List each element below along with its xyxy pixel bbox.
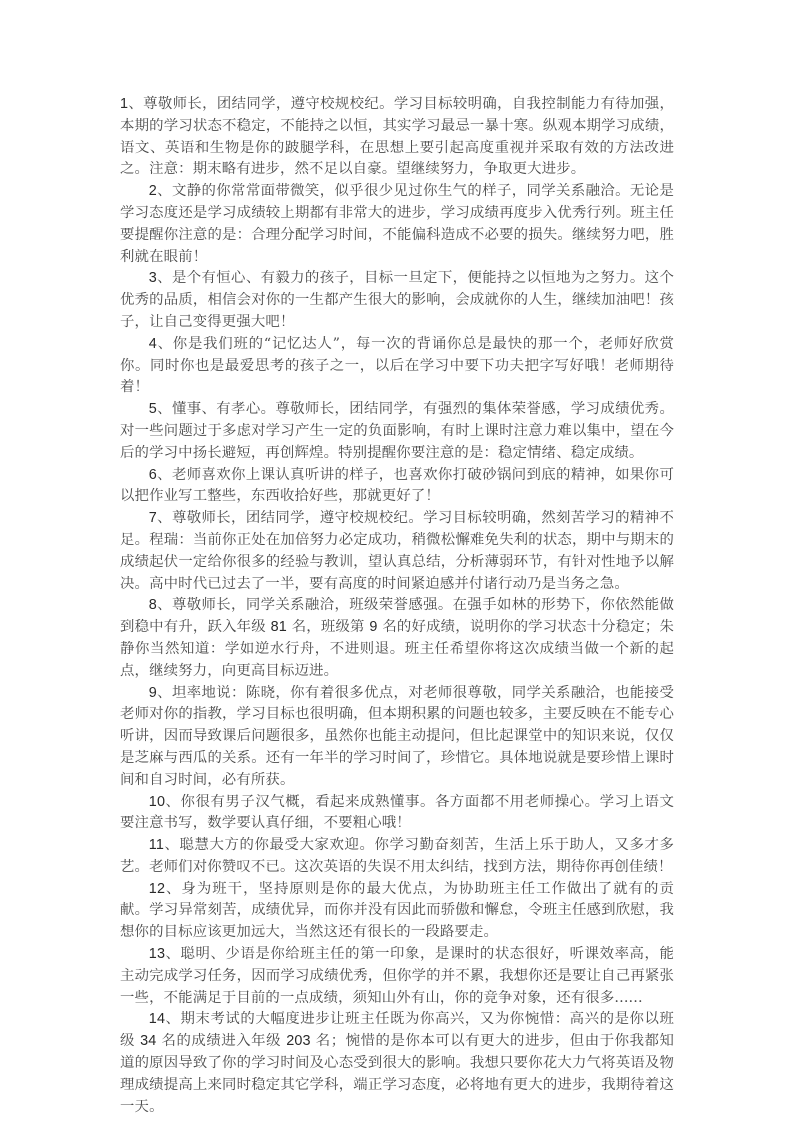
separator: 、: [157, 183, 172, 199]
comment-paragraph-1: 1、尊敬师长，团结同学，遵守校规校纪。学习目标较明确，自我控制能力有待加强，本期…: [120, 94, 674, 181]
comment-text: 懂事、有孝心。尊敬师长，团结同学，有强烈的集体荣誉感，学习成绩优秀。对一些问题过…: [120, 401, 674, 461]
separator: 、: [157, 401, 172, 417]
comment-text: 你很有男子汉气概，看起来成熟懂事。各方面都不用老师操心。学习上语文要注意书写，数…: [120, 794, 674, 832]
comment-paragraph-4: 4、你是我们班的“记忆达人”，每一次的背诵你总是最快的那一个，老师好欣赏你。同时…: [120, 334, 674, 399]
grade-rank-value: 203: [286, 1033, 310, 1049]
separator: 、: [165, 946, 180, 962]
comment-paragraph-14: 14、期末考试的大幅度进步让班主任既为你高兴，又为你惋惜：高兴的是你以班级 34…: [120, 1009, 674, 1118]
comment-text: 身为班干，坚持原则是你的最大优点，为协助班主任工作做出了就有的贡献。学习异常刻苦…: [120, 881, 674, 941]
comment-paragraph-3: 3、是个有恒心、有毅力的孩子，目标一旦定下，便能持之以恒地为之努力。这个优秀的品…: [120, 268, 674, 333]
separator: 、: [157, 597, 172, 613]
comment-paragraph-12: 12、身为班干，坚持原则是你的最大优点，为协助班主任工作做出了就有的贡献。学习异…: [120, 879, 674, 944]
comment-paragraph-2: 2、文静的你常常面带微笑，似乎很少见过你生气的样子，同学关系融洽。无论是学习态度…: [120, 181, 674, 268]
item-number: 13: [149, 946, 165, 962]
item-number: 10: [149, 794, 165, 810]
grade-rank-value: 81: [271, 619, 287, 635]
comment-text: 是个有恒心、有毅力的孩子，目标一旦定下，便能持之以恒地为之努力。这个优秀的品质，…: [120, 270, 674, 330]
comment-text: 名，班级第: [287, 619, 369, 635]
separator: 、: [164, 837, 179, 853]
comment-text: 尊敬师长，团结同学，遵守校规校纪。学习目标较明确，自我控制能力有待加强，本期的学…: [120, 96, 674, 177]
separator: 、: [157, 685, 172, 701]
item-number: 6: [149, 467, 157, 483]
item-number: 12: [149, 881, 165, 897]
document-page: 1、尊敬师长，团结同学，遵守校规校纪。学习目标较明确，自我控制能力有待加强，本期…: [120, 94, 674, 1118]
comment-text: 名的成绩进入年级: [156, 1033, 286, 1049]
comment-paragraph-7: 7、尊敬师长，团结同学，遵守校规校纪。学习目标较明确，然刻苦学习的精神不足。程瑞…: [120, 508, 674, 595]
separator: 、: [157, 510, 172, 526]
item-number: 1: [120, 96, 128, 112]
comment-text: 坦率地说：陈晓，你有着很多优点，对老师很尊敬，同学关系融洽，也能接受老师对你的指…: [120, 685, 674, 788]
comment-text: 尊敬师长，团结同学，遵守校规校纪。学习目标较明确，然刻苦学习的精神不足。程瑞：当…: [120, 510, 674, 591]
item-number: 3: [149, 270, 157, 286]
item-number: 8: [149, 597, 157, 613]
separator: 、: [128, 96, 143, 112]
separator: 、: [157, 336, 173, 352]
comment-text: 你是我们班的“记忆达人”，每一次的背诵你总是最快的那一个，老师好欣赏你。同时你也…: [120, 336, 674, 396]
comment-text: 文静的你常常面带微笑，似乎很少见过你生气的样子，同学关系融洽。无论是学习态度还是…: [120, 183, 674, 264]
comment-paragraph-6: 6、老师喜欢你上课认真听讲的样子，也喜欢你打破砂锅问到底的精神，如果你可以把作业…: [120, 465, 674, 509]
comment-paragraph-5: 5、懂事、有孝心。尊敬师长，团结同学，有强烈的集体荣誉感，学习成绩优秀。对一些问…: [120, 399, 674, 464]
separator: 、: [157, 467, 172, 483]
class-rank-value: 34: [140, 1033, 156, 1049]
comment-paragraph-8: 8、尊敬师长，同学关系融洽，班级荣誉感强。在强手如林的形势下，你依然能做到稳中有…: [120, 595, 674, 682]
comment-paragraph-10: 10、你很有男子汉气概，看起来成熟懂事。各方面都不用老师操心。学习上语文要注意书…: [120, 792, 674, 836]
comment-paragraph-11: 11、聪慧大方的你最受大家欢迎。你学习勤奋刻苦，生活上乐于助人，又多才多艺。老师…: [120, 835, 674, 879]
item-number: 7: [149, 510, 157, 526]
comment-text: 聪明、少语是你给班主任的第一印象，是课时的状态很好，听课效率高，能主动完成学习任…: [120, 946, 674, 1006]
class-rank-value: 9: [369, 619, 377, 635]
comment-text: 老师喜欢你上课认真听讲的样子，也喜欢你打破砂锅问到底的精神，如果你可以把作业写工…: [120, 467, 674, 505]
comment-paragraph-9: 9、坦率地说：陈晓，你有着很多优点，对老师很尊敬，同学关系融洽，也能接受老师对你…: [120, 683, 674, 792]
item-number: 4: [149, 336, 157, 352]
item-number: 11: [149, 837, 164, 853]
comment-text: 聪慧大方的你最受大家欢迎。你学习勤奋刻苦，生活上乐于助人，又多才多艺。老师们对你…: [120, 837, 674, 875]
separator: 、: [157, 270, 172, 286]
separator: 、: [165, 1011, 180, 1027]
item-number: 9: [149, 685, 157, 701]
item-number: 14: [149, 1011, 165, 1027]
separator: 、: [165, 881, 181, 897]
comment-paragraph-13: 13、聪明、少语是你给班主任的第一印象，是课时的状态很好，听课效率高，能主动完成…: [120, 944, 674, 1009]
item-number: 5: [149, 401, 157, 417]
item-number: 2: [149, 183, 157, 199]
separator: 、: [165, 794, 180, 810]
